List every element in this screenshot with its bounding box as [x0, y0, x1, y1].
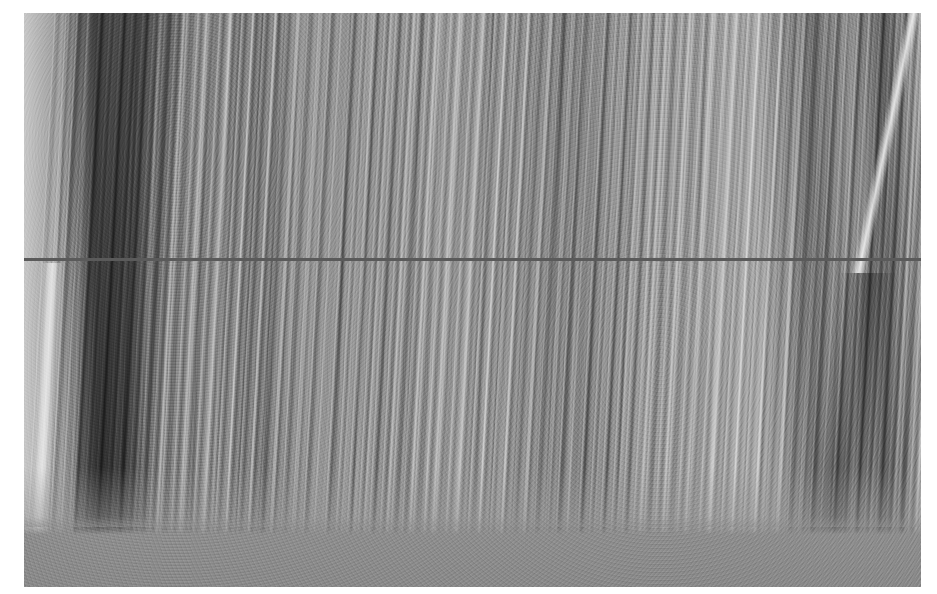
- scan-line: [24, 258, 921, 261]
- grain-texture: [24, 13, 921, 587]
- micrograph-image: [24, 13, 921, 587]
